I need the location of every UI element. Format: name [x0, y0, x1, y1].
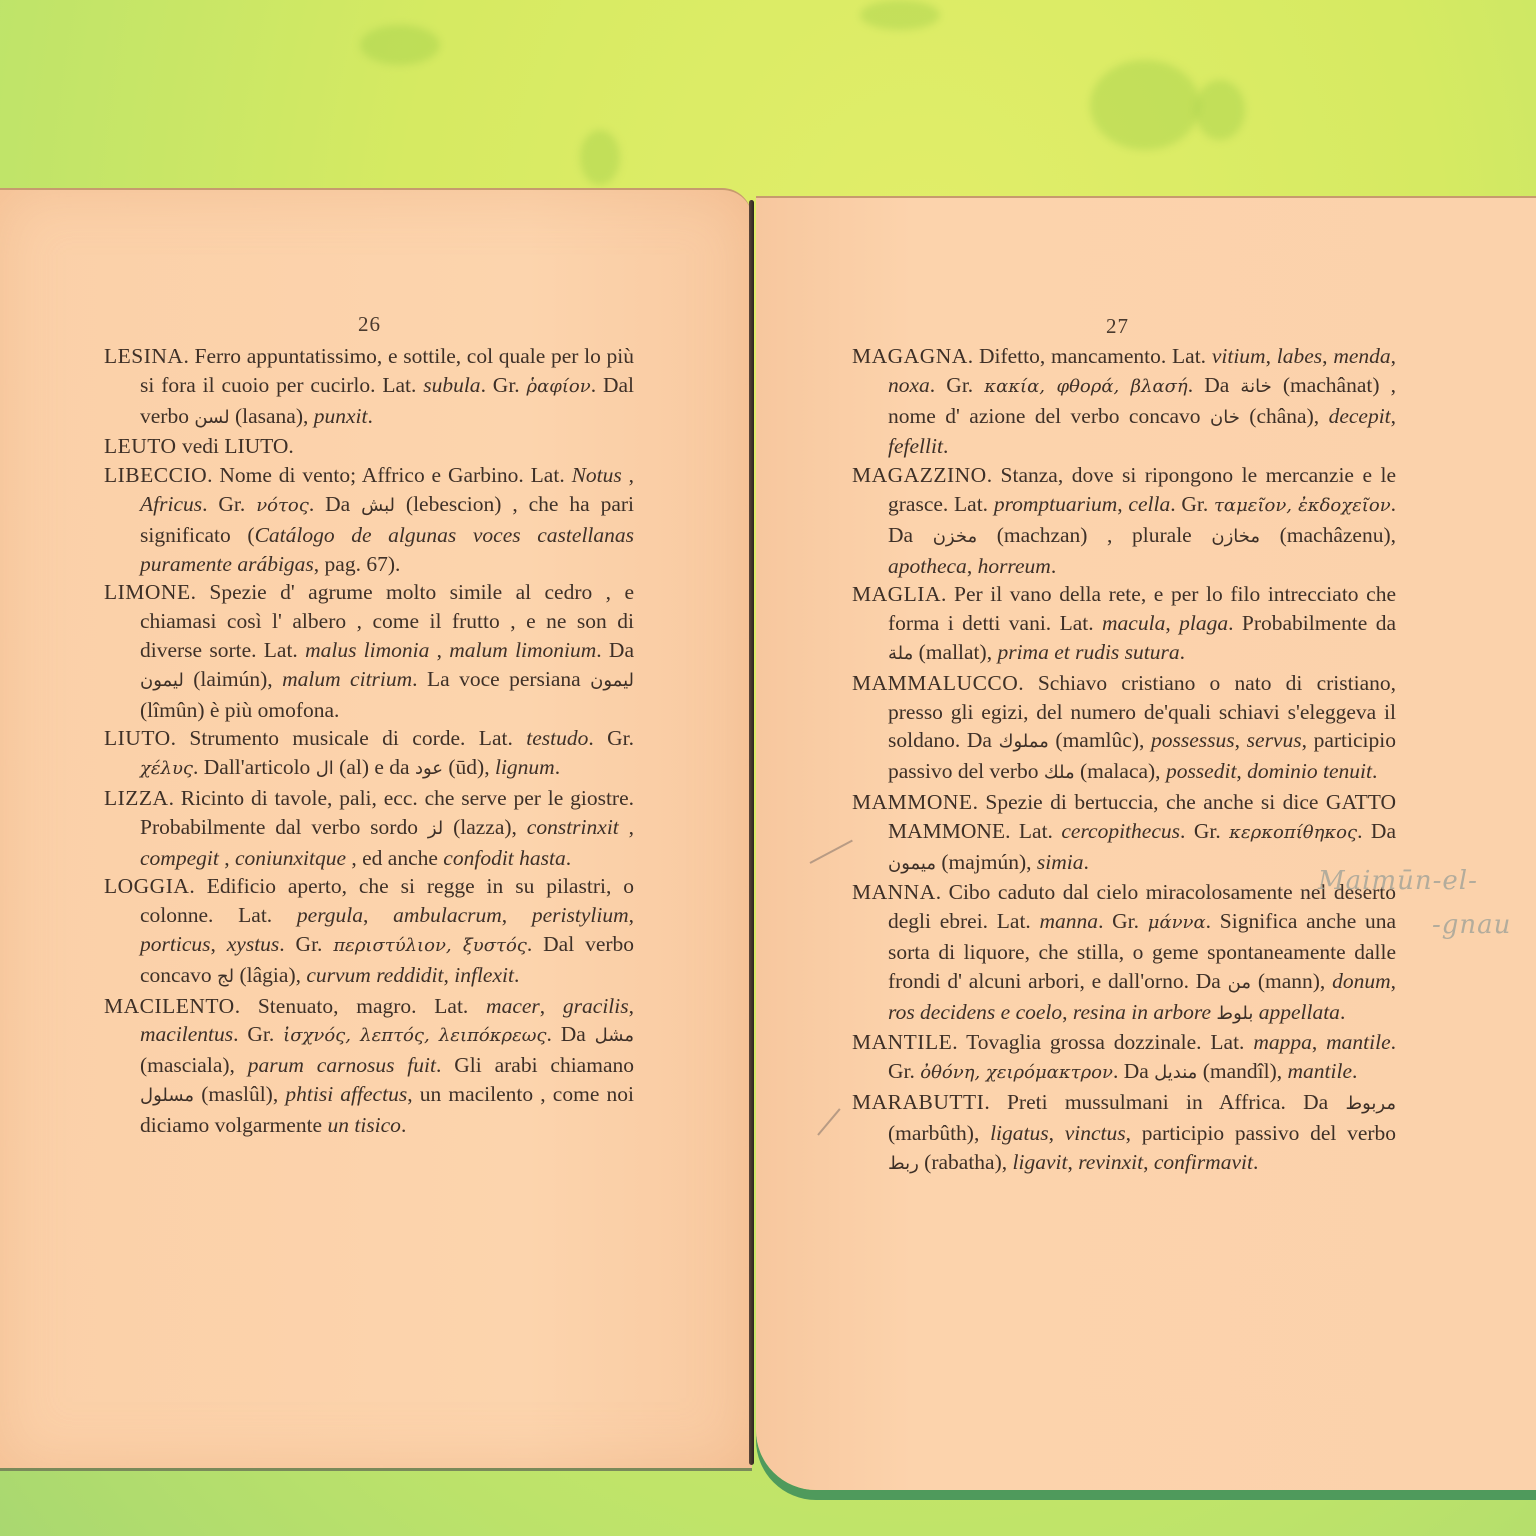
arabic-term: ميمون: [888, 853, 936, 874]
entry-text: (châna),: [1240, 404, 1329, 428]
latin-term: prima et rudis sutura: [997, 640, 1179, 664]
entry-text: ,: [1322, 344, 1333, 368]
entry-text: ,: [1165, 611, 1179, 635]
entry-text: . Gli arabi chiamano: [436, 1053, 634, 1077]
entry-headword: LOGGIA: [104, 874, 189, 898]
entry-text: (rabatha),: [919, 1150, 1013, 1174]
entry-headword: MARABUTTI: [852, 1090, 984, 1114]
latin-term: testudo: [526, 726, 588, 750]
greek-term: νότος: [256, 495, 309, 516]
surface-stain: [360, 25, 440, 65]
latin-term: phtisi affectus: [285, 1082, 407, 1106]
entry-text: .: [555, 755, 560, 779]
entry-text: .: [1372, 759, 1377, 783]
latin-term: plaga: [1179, 611, 1228, 635]
dictionary-entry: MANTILE. Tovaglia grossa dozzinale. Lat.…: [852, 1028, 1396, 1088]
entry-text: (masciala),: [140, 1053, 248, 1077]
latin-term: lignum: [495, 755, 555, 779]
arabic-term: لج: [217, 966, 234, 987]
latin-term: macula: [1102, 611, 1165, 635]
latin-term: confirmavit: [1154, 1150, 1253, 1174]
dictionary-entry: MANNA. Cibo caduto dal cielo miracolosam…: [852, 878, 1396, 1028]
entry-text: . Da: [1357, 819, 1396, 843]
arabic-term: منديل: [1154, 1062, 1197, 1083]
entry-text: . Da: [596, 638, 634, 662]
latin-term: simia: [1037, 850, 1084, 874]
entry-text: ,: [1067, 1150, 1078, 1174]
latin-term: apotheca: [888, 554, 967, 578]
arabic-term: لسن: [194, 407, 229, 428]
entry-text: . Gr.: [930, 373, 985, 397]
latin-term: pergula: [297, 903, 363, 927]
entry-text: ,: [1236, 759, 1247, 783]
arabic-term: مخزن: [933, 526, 977, 547]
page-number-left: 26: [358, 312, 381, 337]
entry-text: . Strumento musicale di corde. Lat.: [171, 726, 527, 750]
entry-text: .: [1180, 640, 1185, 664]
surface-stain: [1090, 60, 1200, 150]
latin-term: constrinxit: [527, 815, 619, 839]
dictionary-entry: MAGAZZINO. Stanza, dove si ripongono le …: [852, 461, 1396, 580]
greek-term: ῥαφίον: [527, 376, 591, 397]
latin-term: Africus: [140, 492, 202, 516]
entry-text: (lâgia),: [234, 963, 306, 987]
entry-text: . Gr.: [481, 373, 527, 397]
greek-term: χέλυς: [140, 758, 193, 779]
latin-term: malus limonia: [305, 638, 429, 662]
entry-text: ,: [363, 903, 393, 927]
dictionary-entry: MAGAGNA. Difetto, mancamento. Lat. vitiu…: [852, 342, 1396, 461]
entry-headword: MAMMONE: [852, 790, 973, 814]
latin-term: malum citrium: [282, 667, 412, 691]
entry-text: .: [566, 846, 571, 870]
latin-term: mantile: [1326, 1030, 1391, 1054]
latin-term: resina in arbore: [1073, 1000, 1211, 1024]
latin-term: dominio tenuit: [1247, 759, 1372, 783]
entry-text: ,: [629, 903, 634, 927]
entry-text: . Difetto, mancamento. Lat.: [968, 344, 1212, 368]
entry-text: . Gr.: [279, 932, 333, 956]
surface-stain: [580, 130, 620, 185]
latin-term: gracilis: [563, 994, 629, 1018]
entry-text: . Gr.: [233, 1022, 283, 1046]
entry-text: ,: [540, 994, 563, 1018]
entry-text: ,: [1391, 969, 1396, 993]
latin-term: cercopithecus: [1061, 819, 1180, 843]
dictionary-entry: MAMMONE. Spezie di bertuccia, che anche …: [852, 788, 1396, 878]
arabic-term: عود: [415, 758, 443, 779]
greek-term: ὀθόνη, χειρόμακτρον: [920, 1062, 1113, 1083]
latin-term: ligavit: [1013, 1150, 1068, 1174]
arabic-term: لبش: [361, 495, 395, 516]
entry-text: . Da: [309, 492, 361, 516]
dictionary-entry: LIBECCIO. Nome di vento; Affrico e Garbi…: [104, 461, 634, 578]
entry-text: ,: [1391, 404, 1396, 428]
entry-text: , ed anche: [346, 846, 443, 870]
entry-text: . Dall'articolo: [193, 755, 316, 779]
entry-text: ,: [1312, 1030, 1326, 1054]
latin-term: promptuarium: [994, 492, 1117, 516]
arabic-term: مسلول: [140, 1085, 194, 1106]
latin-term: vinctus: [1065, 1121, 1126, 1145]
entry-text: (mallat),: [913, 640, 997, 664]
entry-text: . Da: [1188, 373, 1241, 397]
entry-text: . Tovaglia grossa dozzinale. Lat.: [952, 1030, 1253, 1054]
latin-term: mantile: [1288, 1059, 1353, 1083]
dictionary-entry: LIUTO. Strumento musicale di corde. Lat.…: [104, 724, 634, 784]
latin-term: possedit: [1166, 759, 1236, 783]
entry-text: (malaca),: [1075, 759, 1166, 783]
entry-text: . Gr.: [202, 492, 256, 516]
surface-stain: [1195, 80, 1245, 140]
entry-text: (machzan) , plurale: [977, 523, 1211, 547]
greek-term: μάννα: [1148, 912, 1206, 933]
greek-term: ἰσχνός, λεπτός, λειπόκρεως: [283, 1025, 546, 1046]
entry-text: .: [1253, 1150, 1258, 1174]
dictionary-entry: LEUTO vedi LIUTO.: [104, 432, 634, 461]
dictionary-entry: MACILENTO. Stenuato, magro. Lat. macer, …: [104, 992, 634, 1140]
entry-text: . Gr.: [588, 726, 634, 750]
surface-stain: [860, 0, 940, 30]
arabic-term: مملوك: [999, 731, 1049, 752]
arabic-term: ملك: [1044, 762, 1075, 783]
latin-term: ligatus: [990, 1121, 1049, 1145]
latin-term: un tisico: [327, 1113, 400, 1137]
entry-text: . Gr.: [1170, 492, 1214, 516]
arabic-term: مخازن: [1211, 526, 1260, 547]
pencil-annotation-line2: -gnau: [1432, 910, 1511, 940]
entry-text: ,: [502, 903, 532, 927]
entry-text: . Da: [1113, 1059, 1154, 1083]
latin-term: possessus: [1151, 728, 1235, 752]
arabic-term: ليمون: [140, 670, 184, 691]
entry-text: (ūd),: [443, 755, 495, 779]
entry-headword: LIZZA: [104, 786, 169, 810]
entry-text: ,: [619, 815, 634, 839]
entry-headword: MAMMALUCCO: [852, 671, 1018, 695]
right-page: 27 MAGAGNA. Difetto, mancamento. Lat. vi…: [756, 196, 1536, 1490]
entry-headword: LIBECCIO: [104, 463, 207, 487]
latin-term: donum: [1332, 969, 1391, 993]
latin-term: curvum reddidit: [306, 963, 443, 987]
latin-term: ros decidens e coelo: [888, 1000, 1062, 1024]
entry-text: .: [1051, 554, 1056, 578]
latin-term: parum carnosus fuit: [248, 1053, 436, 1077]
entry-text: . Da: [546, 1022, 594, 1046]
dictionary-entry: LESINA. Ferro appuntatissimo, e sottile,…: [104, 342, 634, 432]
entry-text: (majmún),: [936, 850, 1037, 874]
arabic-term: بلوط: [1216, 1003, 1253, 1024]
dictionary-entry: LIZZA. Ricinto di tavole, pali, ecc. che…: [104, 784, 634, 872]
latin-term: ambulacrum: [393, 903, 502, 927]
greek-term: κακία, φθορά, βλασή: [984, 376, 1187, 397]
latin-term: porticus: [140, 932, 210, 956]
entry-headword: MANTILE: [852, 1030, 952, 1054]
page-number-right: 27: [1106, 314, 1129, 339]
latin-term: revinxit: [1078, 1150, 1143, 1174]
entry-text: ,: [210, 932, 226, 956]
dictionary-entry: MAMMALUCCO. Schiavo cristiano o nato di …: [852, 669, 1396, 788]
entry-text: (mamlûc),: [1049, 728, 1151, 752]
latin-term: peristylium: [532, 903, 629, 927]
arabic-term: لز: [428, 818, 443, 839]
latin-term: Notus: [572, 463, 622, 487]
entry-text: ,: [622, 463, 634, 487]
dictionary-entry: MAGLIA. Per il vano della rete, e per lo…: [852, 580, 1396, 668]
entry-text: (lîmûn) è più omofona.: [140, 698, 339, 722]
entry-text: (mann),: [1251, 969, 1332, 993]
pencil-annotation-line1: Maimūn-el-: [1318, 866, 1478, 896]
entry-text: . Gr.: [1180, 819, 1229, 843]
left-page-entries: LESINA. Ferro appuntatissimo, e sottile,…: [104, 342, 634, 1140]
entry-headword: MANNA: [852, 880, 936, 904]
entry-text: (maslûl),: [194, 1082, 285, 1106]
arabic-term: مربوط: [1345, 1093, 1396, 1114]
arabic-term: ملة: [888, 643, 913, 664]
entry-text: ,: [429, 638, 449, 662]
latin-term: cella: [1128, 492, 1170, 516]
latin-term: vitium: [1212, 344, 1266, 368]
entry-text: (marbûth),: [888, 1121, 990, 1145]
entry-text: .: [514, 963, 519, 987]
greek-term: περιστύλιον, ξυστός: [333, 935, 527, 956]
entry-text: ,: [1143, 1150, 1154, 1174]
entry-headword: MAGLIA: [852, 582, 941, 606]
entry-text: ,: [444, 963, 455, 987]
book-gutter: [749, 200, 754, 1465]
latin-term: malum limonium: [449, 638, 596, 662]
entry-headword: LIMONE: [104, 580, 191, 604]
entry-text: (machâzenu),: [1260, 523, 1396, 547]
entry-text: . La voce persiana: [412, 667, 590, 691]
entry-headword: LEUTO: [104, 434, 177, 458]
entry-text: ,: [629, 994, 634, 1018]
latin-term: menda: [1333, 344, 1390, 368]
dictionary-entry: LOGGIA. Edificio aperto, che si regge in…: [104, 872, 634, 991]
entry-text: (lazza),: [443, 815, 527, 839]
entry-text: .: [401, 1113, 406, 1137]
latin-term: macer: [486, 994, 540, 1018]
latin-term: subula: [423, 373, 480, 397]
entry-text: . Preti mussulmani in Affrica. Da: [984, 1090, 1345, 1114]
latin-term: manna: [1040, 909, 1099, 933]
entry-text: vedi LIUTO.: [177, 434, 294, 458]
latin-term: inflexit: [454, 963, 514, 987]
latin-term: decepit: [1329, 404, 1391, 428]
entry-text: . Gr.: [1098, 909, 1148, 933]
entry-text: (al) e da: [334, 755, 415, 779]
entry-text: ,: [967, 554, 978, 578]
arabic-term: ال: [316, 758, 334, 779]
dictionary-entry: MARABUTTI. Preti mussulmani in Affrica. …: [852, 1088, 1396, 1178]
entry-text: .: [1340, 1000, 1345, 1024]
entry-headword: LIUTO: [104, 726, 171, 750]
entry-headword: MACILENTO: [104, 994, 235, 1018]
entry-text: .: [1084, 850, 1089, 874]
dictionary-entry: LIMONE. Spezie d' agrume molto simile al…: [104, 578, 634, 724]
entry-text: ,: [1235, 728, 1247, 752]
entry-text: (mandîl),: [1197, 1059, 1287, 1083]
latin-term: xystus: [227, 932, 280, 956]
latin-term: fefellit: [888, 434, 943, 458]
entry-headword: LESINA: [104, 344, 183, 368]
entry-headword: MAGAGNA: [852, 344, 968, 368]
arabic-term: خانة: [1240, 376, 1271, 397]
arabic-term: من: [1228, 972, 1251, 993]
latin-term: compegit: [140, 846, 219, 870]
greek-term: ταμεῖον, ἐκδοχεῖον: [1214, 495, 1391, 516]
arabic-term: ليمون: [590, 670, 634, 691]
latin-term: coniunxitque: [235, 846, 346, 870]
latin-term: confodit hasta: [443, 846, 565, 870]
latin-term: macilentus: [140, 1022, 233, 1046]
arabic-term: خان: [1210, 407, 1240, 428]
entry-text: ,: [1391, 344, 1396, 368]
entry-text: , participio passivo del verbo: [1126, 1121, 1396, 1145]
entry-text: . Probabilmente da: [1228, 611, 1396, 635]
entry-text: ,: [219, 846, 235, 870]
entry-text: , pag. 67).: [314, 552, 401, 576]
latin-term: punxit: [314, 404, 368, 428]
latin-term: servus: [1247, 728, 1302, 752]
latin-term: mappa: [1253, 1030, 1312, 1054]
entry-text: .: [368, 404, 373, 428]
latin-term: horreum: [978, 554, 1051, 578]
entry-headword: MAGAZZINO: [852, 463, 987, 487]
entry-text: .: [1352, 1059, 1357, 1083]
latin-term: noxa: [888, 373, 930, 397]
latin-term: labes: [1277, 344, 1322, 368]
entry-text: (lasana),: [230, 404, 314, 428]
entry-text: ,: [1062, 1000, 1073, 1024]
entry-text: (laimún),: [184, 667, 282, 691]
greek-term: κερκοπίθηκος: [1229, 822, 1357, 843]
entry-text: ,: [1049, 1121, 1065, 1145]
entry-text: ,: [1117, 492, 1128, 516]
entry-text: ,: [1266, 344, 1277, 368]
entry-text: . Nome di vento; Affrico e Garbino. Lat.: [207, 463, 571, 487]
entry-text: . Stenuato, magro. Lat.: [235, 994, 486, 1018]
arabic-term: مشل: [595, 1025, 634, 1046]
entry-text: .: [943, 434, 948, 458]
latin-term: appellata: [1259, 1000, 1340, 1024]
right-page-entries: MAGAGNA. Difetto, mancamento. Lat. vitiu…: [852, 342, 1396, 1178]
left-page: 26 LESINA. Ferro appuntatissimo, e sotti…: [0, 188, 752, 1471]
arabic-term: ربط: [888, 1153, 919, 1174]
